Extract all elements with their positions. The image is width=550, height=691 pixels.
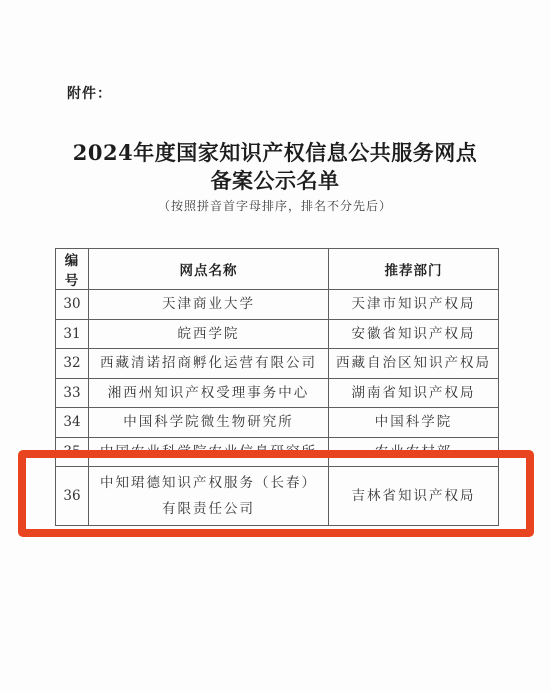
recommending-dept-cell: 天津市知识产权局	[329, 290, 499, 320]
site-name-cell: 西藏清诺招商孵化运营有限公司	[89, 349, 329, 379]
row-number-cell: 34	[56, 408, 89, 438]
page-title: 2024年度国家知识产权信息公共服务网点 备案公示名单	[0, 139, 550, 195]
row-number-cell: 33	[56, 378, 89, 408]
table-row: 31皖西学院安徽省知识产权局	[56, 319, 499, 349]
table-row: 33湘西州知识产权受理事务中心湖南省知识产权局	[56, 378, 499, 408]
site-name-cell: 皖西学院	[89, 319, 329, 349]
table-row: 36中知珺德知识产权服务（长春）有限责任公司吉林省知识产权局	[56, 467, 499, 526]
document-page: 附件： 2024年度国家知识产权信息公共服务网点 备案公示名单 （按照拼音首字母…	[0, 0, 550, 691]
recommending-dept-cell: 湖南省知识产权局	[329, 378, 499, 408]
table-row: 35中国农业科学院农业信息研究所农业农村部	[56, 437, 499, 467]
page-subtitle: （按照拼音首字母排序，排名不分先后）	[0, 197, 550, 214]
table-row: 34中国科学院微生物研究所中国科学院	[56, 408, 499, 438]
page-title-line2: 备案公示名单	[0, 167, 550, 195]
table-header-row: 编号 网点名称 推荐部门	[56, 249, 499, 290]
site-name-cell: 中国农业科学院农业信息研究所	[89, 437, 329, 467]
row-number-cell: 36	[56, 467, 89, 526]
row-number-cell: 32	[56, 349, 89, 379]
row-number-cell: 35	[56, 437, 89, 467]
recommending-dept-cell: 西藏自治区知识产权局	[329, 349, 499, 379]
recommending-dept-cell: 中国科学院	[329, 408, 499, 438]
service-points-table: 编号 网点名称 推荐部门 30天津商业大学天津市知识产权局31皖西学院安徽省知识…	[55, 248, 499, 526]
row-number-cell: 30	[56, 290, 89, 320]
site-name-cell: 中国科学院微生物研究所	[89, 408, 329, 438]
site-name-cell: 中知珺德知识产权服务（长春）有限责任公司	[89, 467, 329, 526]
recommending-dept-cell: 安徽省知识产权局	[329, 319, 499, 349]
table-row: 30天津商业大学天津市知识产权局	[56, 290, 499, 320]
page-title-line1: 2024年度国家知识产权信息公共服务网点	[0, 139, 550, 167]
table-row: 32西藏清诺招商孵化运营有限公司西藏自治区知识产权局	[56, 349, 499, 379]
column-header-number: 编号	[56, 249, 89, 290]
attachment-label: 附件：	[67, 83, 112, 103]
column-header-site-name: 网点名称	[89, 249, 329, 290]
row-number-cell: 31	[56, 319, 89, 349]
site-name-cell: 湘西州知识产权受理事务中心	[89, 378, 329, 408]
recommending-dept-cell: 农业农村部	[329, 437, 499, 467]
column-header-recommending-dept: 推荐部门	[329, 249, 499, 290]
recommending-dept-cell: 吉林省知识产权局	[329, 467, 499, 526]
site-name-cell: 天津商业大学	[89, 290, 329, 320]
